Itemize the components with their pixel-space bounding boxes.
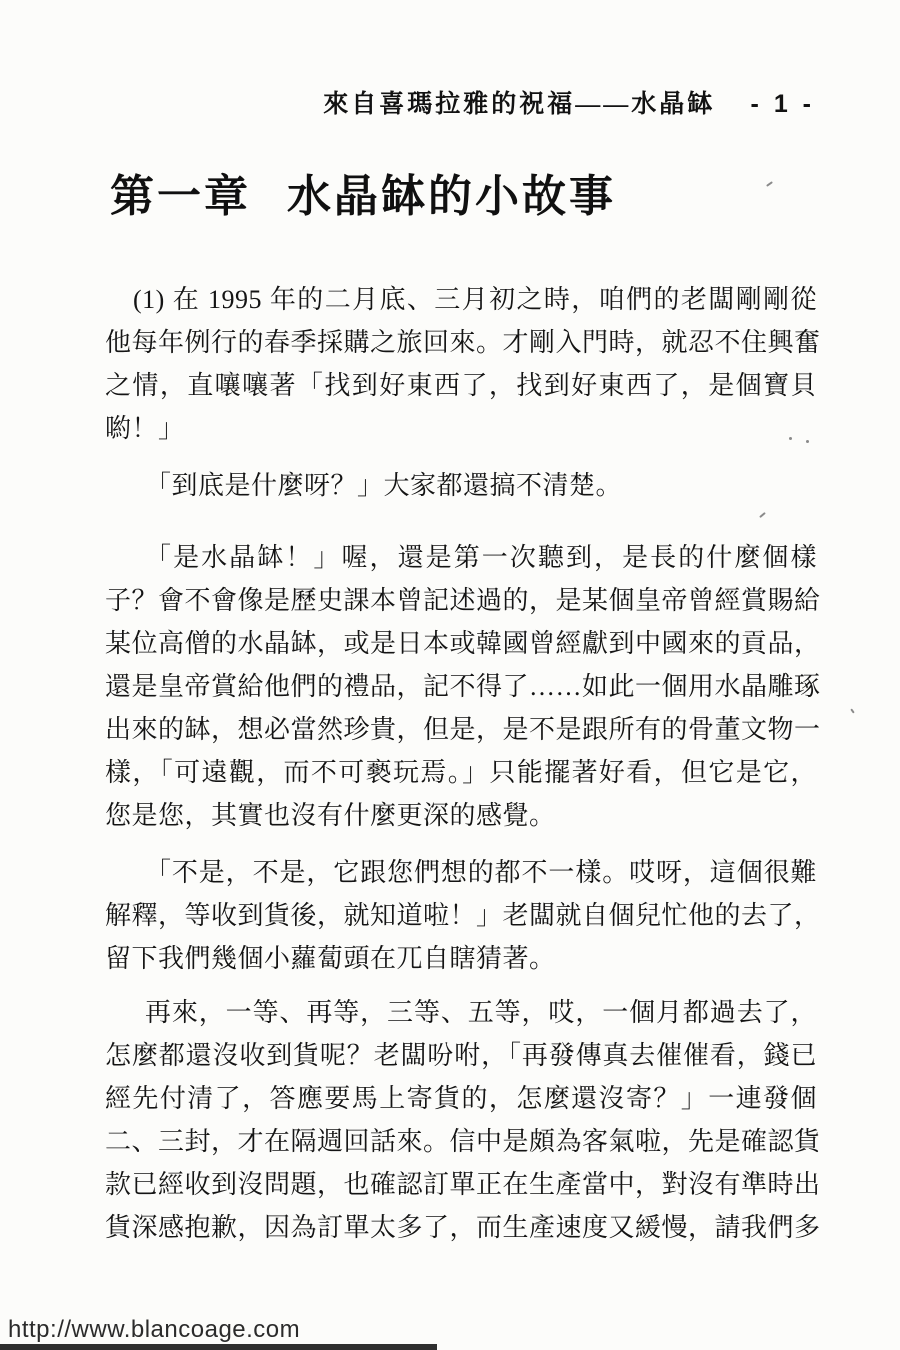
paragraph: 「到底是什麼呀？」大家都還搞不清楚。 <box>105 464 817 507</box>
text-line: 還是皇帝賞給他們的禮品，記不得了……如此一個用水晶雕琢 <box>105 665 817 708</box>
chapter-title: 第一章水晶缽的小故事 <box>110 160 616 224</box>
paragraph: 「是水晶缽！」喔，還是第一次聽到，是長的什麼個樣 子？會不會像是歷史課本曾記述過… <box>105 536 817 837</box>
text-line: 「不是，不是，它跟您們想的都不一樣。哎呀，這個很難 <box>105 851 817 894</box>
watermark-url: http://www.blancoage.com <box>8 1316 300 1344</box>
chapter-number: 第一章 <box>110 172 251 221</box>
page-number: - 1 - <box>725 90 815 118</box>
text-line: (1) 在 1995 年的二月底、三月初之時，咱們的老闆剛剛從 <box>105 278 817 321</box>
text-line: 解釋，等收到貨後，就知道啦！」老闆就自個兒忙他的去了， <box>105 894 817 937</box>
scan-speck <box>766 181 773 187</box>
scan-edge-bar <box>0 1344 437 1350</box>
text-line: 他每年例行的春季採購之旅回來。才剛入門時，就忍不住興奮 <box>105 321 817 364</box>
running-header-title: 來自喜瑪拉雅的祝福——水晶缽 <box>323 91 715 118</box>
paragraph: 再來，一等、再等，三等、五等，哎，一個月都過去了， 怎麼都還沒收到貨呢？老闆吩咐… <box>105 991 817 1249</box>
text-line: 再來，一等、再等，三等、五等，哎，一個月都過去了， <box>105 991 817 1034</box>
text-line: 「到底是什麼呀？」大家都還搞不清楚。 <box>105 464 817 507</box>
text-line: 喲！」 <box>105 407 817 450</box>
text-line: 您是您，其實也沒有什麼更深的感覺。 <box>105 794 817 837</box>
text-line: 貨深感抱歉，因為訂單太多了，而生產速度又緩慢，請我們多 <box>105 1206 817 1249</box>
text-line: 某位高僧的水晶缽，或是日本或韓國曾經獻到中國來的貢品， <box>105 622 817 665</box>
chapter-name: 水晶缽的小故事 <box>287 172 616 221</box>
text-line: 「是水晶缽！」喔，還是第一次聽到，是長的什麼個樣 <box>105 536 817 579</box>
body-text: (1) 在 1995 年的二月底、三月初之時，咱們的老闆剛剛從 他每年例行的春季… <box>105 278 817 1249</box>
text-line: 款已經收到沒問題，也確認訂單正在生產當中，對沒有準時出 <box>105 1163 817 1206</box>
paragraph: 「不是，不是，它跟您們想的都不一樣。哎呀，這個很難 解釋，等收到貨後，就知道啦！… <box>105 851 817 980</box>
text-line: 子？會不會像是歷史課本曾記述過的，是某個皇帝曾經賞賜給 <box>105 579 817 622</box>
text-line: 二、三封，才在隔週回話來。信中是頗為客氣啦，先是確認貨 <box>105 1120 817 1163</box>
text-line: 樣，「可遠觀，而不可褻玩焉。」只能擺著好看，但它是它， <box>105 751 817 794</box>
scan-speck <box>850 708 855 713</box>
text-line: 怎麼都還沒收到貨呢？老闆吩咐，「再發傳真去催催看，錢已 <box>105 1034 817 1077</box>
running-header: 來自喜瑪拉雅的祝福——水晶缽 - 1 - <box>105 84 815 120</box>
text-line: 出來的缽，想必當然珍貴，但是，是不是跟所有的骨董文物一 <box>105 708 817 751</box>
text-line: 經先付清了，答應要馬上寄貨的，怎麼還沒寄？」一連發個 <box>105 1077 817 1120</box>
scan-speck <box>806 440 809 443</box>
scan-speck <box>789 437 792 440</box>
text-line: 留下我們幾個小蘿蔔頭在兀自瞎猜著。 <box>105 937 817 980</box>
paragraph: (1) 在 1995 年的二月底、三月初之時，咱們的老闆剛剛從 他每年例行的春季… <box>105 278 817 450</box>
scanned-book-page: 來自喜瑪拉雅的祝福——水晶缽 - 1 - 第一章水晶缽的小故事 (1) 在 19… <box>0 0 900 1350</box>
text-line: 之情，直嚷嚷著「找到好東西了，找到好東西了，是個寶貝 <box>105 364 817 407</box>
